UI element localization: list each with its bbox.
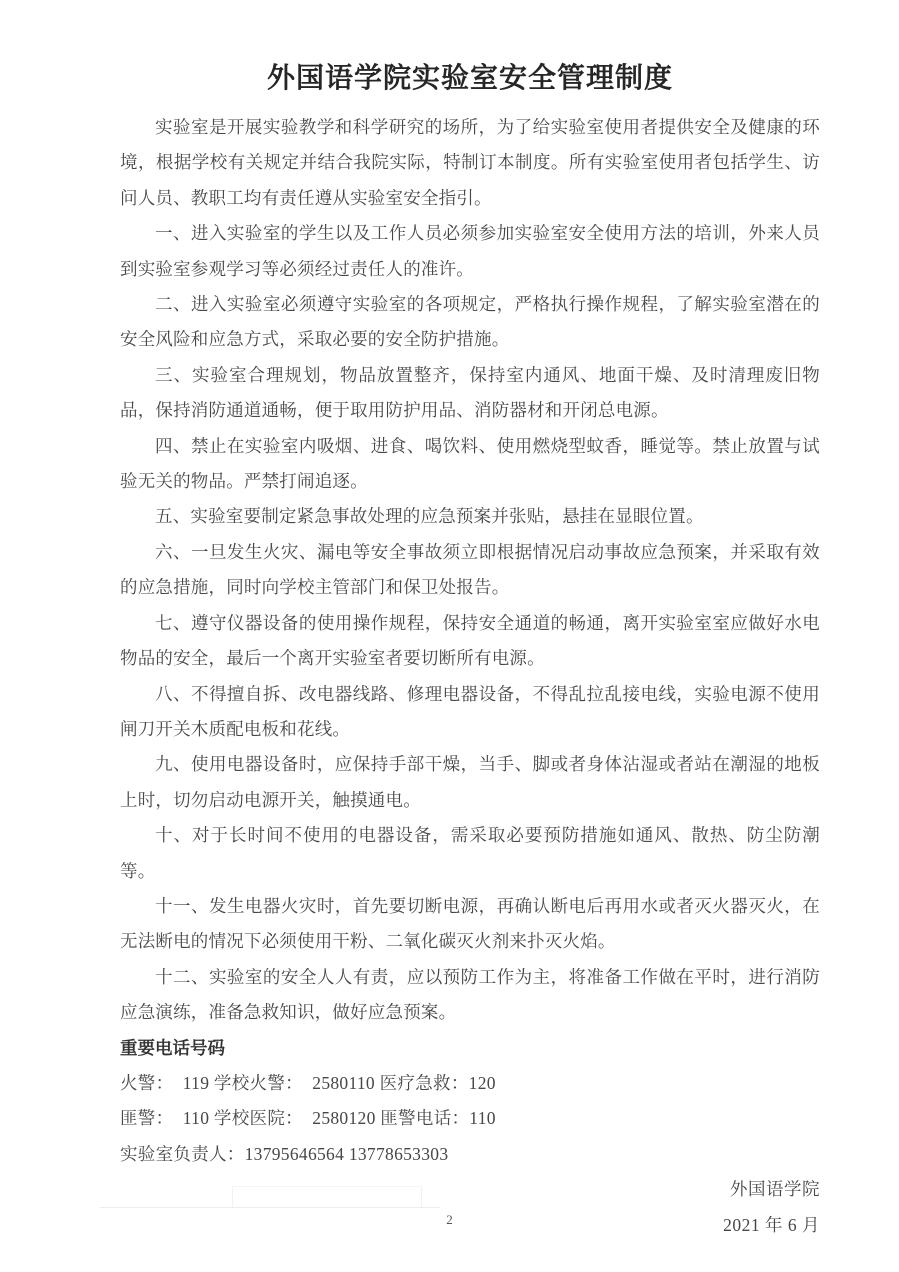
intro-paragraph: 实验室是开展实验教学和科学研究的场所，为了给实验室使用者提供安全及健康的环境，根… xyxy=(120,110,820,216)
page-number: 2 xyxy=(0,1212,899,1228)
document-title: 外国语学院实验室安全管理制度 xyxy=(120,58,820,98)
rule-paragraph-2: 二、进入实验室必须遵守实验室的各项规定，严格执行操作规程，了解实验室潜在的安全风… xyxy=(120,287,820,358)
phone-line-lab-manager: 实验室负责人：13795646564 13778653303 xyxy=(120,1137,820,1172)
rule-paragraph-3: 三、实验室合理规划，物品放置整齐，保持室内通风、地面干燥、及时清理废旧物品，保持… xyxy=(120,358,820,429)
rule-paragraph-7: 七、遵守仪器设备的使用操作规程，保持安全通道的畅通，离开实验室室应做好水电物品的… xyxy=(120,606,820,677)
phone-line-fire: 火警： 119 学校火警： 2580110 医疗急救：120 xyxy=(120,1066,820,1101)
rule-paragraph-11: 十一、发生电器火灾时，首先要切断电源，再确认断电后再用水或者灭火器灭火，在无法断… xyxy=(120,889,820,960)
document-content: 外国语学院实验室安全管理制度 实验室是开展实验教学和科学研究的场所，为了给实验室… xyxy=(120,0,820,1243)
rule-paragraph-5: 五、实验室要制定紧急事故处理的应急预案并张贴，悬挂在显眼位置。 xyxy=(120,499,820,534)
document-page: 外国语学院实验室安全管理制度 实验室是开展实验教学和科学研究的场所，为了给实验室… xyxy=(0,0,899,1272)
scan-artifact-box xyxy=(232,1186,422,1208)
rule-paragraph-6: 六、一旦发生火灾、漏电等安全事故须立即根据情况启动事故应急预案，并采取有效的应急… xyxy=(120,535,820,606)
scan-artifact-line xyxy=(100,1207,440,1208)
signature-org: 外国语学院 xyxy=(120,1172,820,1207)
rule-paragraph-1: 一、进入实验室的学生以及工作人员必须参加实验室安全使用方法的培训，外来人员到实验… xyxy=(120,216,820,287)
rule-paragraph-10: 十、对于长时间不使用的电器设备，需采取必要预防措施如通风、散热、防尘防潮等。 xyxy=(120,818,820,889)
rule-paragraph-8: 八、不得擅自拆、改电器线路、修理电器设备，不得乱拉乱接电线，实验电源不使用闸刀开… xyxy=(120,677,820,748)
rule-paragraph-9: 九、使用电器设备时，应保持手部干燥，当手、脚或者身体沾湿或者站在潮湿的地板上时，… xyxy=(120,747,820,818)
rule-paragraph-4: 四、禁止在实验室内吸烟、进食、喝饮料、使用燃烧型蚊香，睡觉等。禁止放置与试验无关… xyxy=(120,429,820,500)
rule-paragraph-12: 十二、实验室的安全人人有责，应以预防工作为主，将准备工作做在平时，进行消防应急演… xyxy=(120,960,820,1031)
phone-section-heading: 重要电话号码 xyxy=(120,1031,820,1066)
phone-line-police: 匪警： 110 学校医院： 2580120 匪警电话：110 xyxy=(120,1101,820,1136)
